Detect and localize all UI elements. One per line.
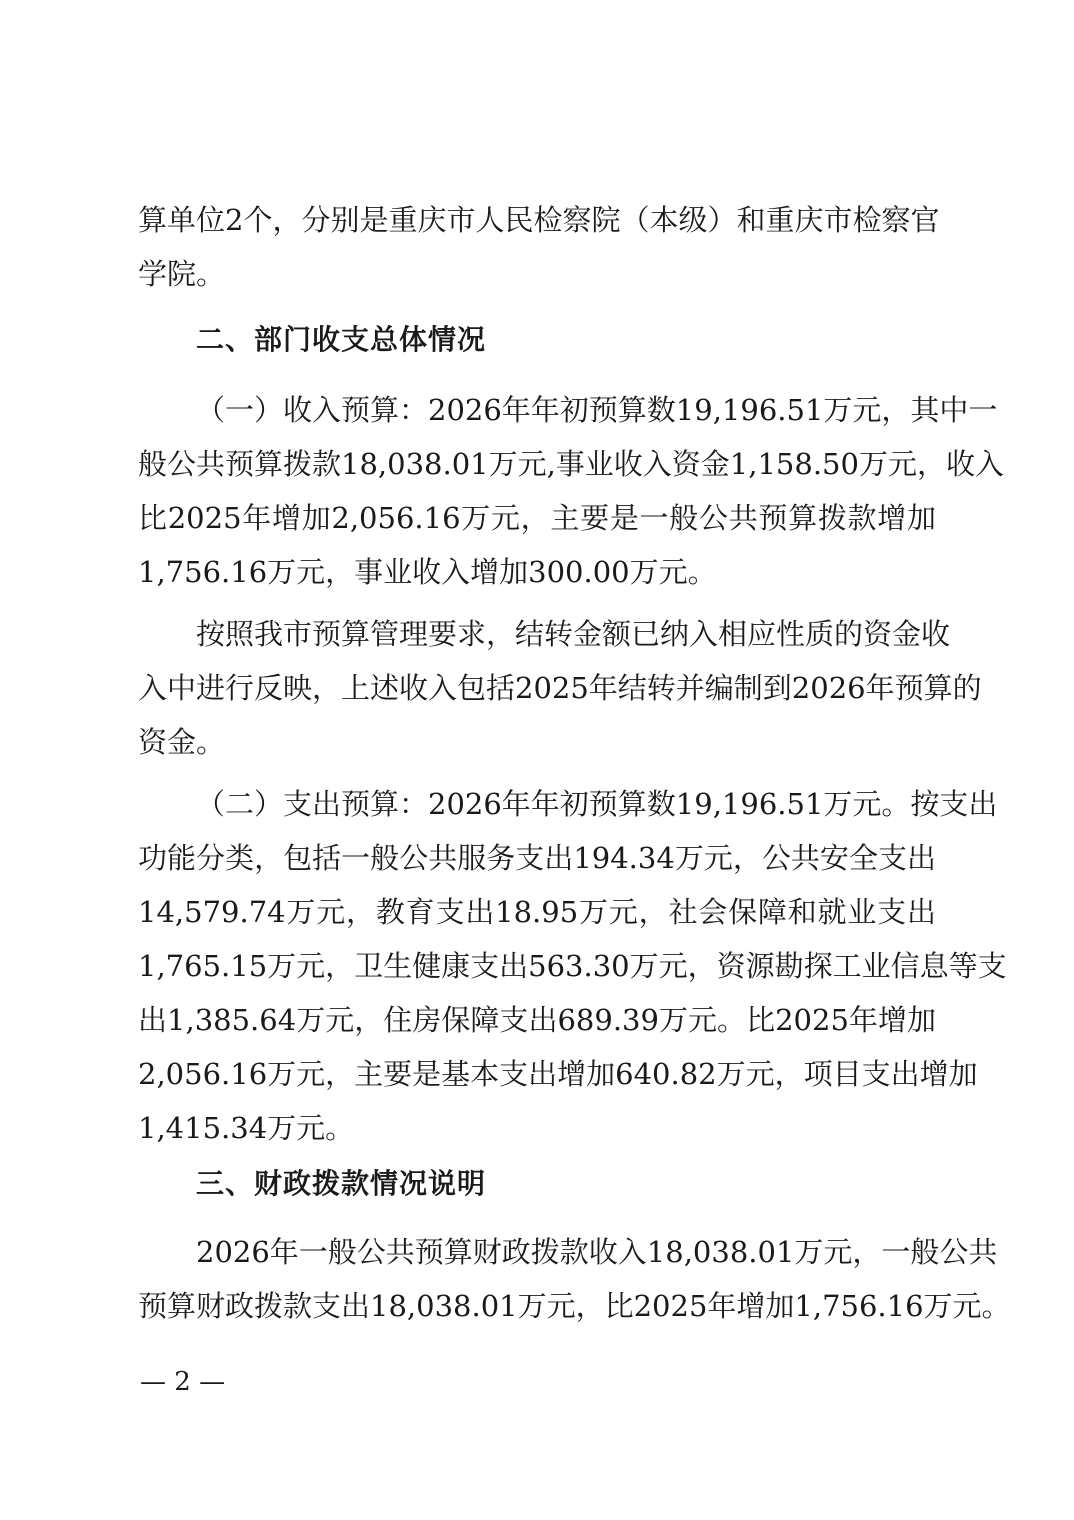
income-paragraph-line: 般公共预算拨款18,038.01万元,事业收入资金1,158.50万元，收入: [138, 444, 936, 484]
paragraph-line: 学院。: [138, 254, 936, 294]
income-paragraph-line: （一）收入预算：2026年年初预算数19,196.51万元，其中一: [196, 390, 936, 430]
income-paragraph-line: 1,756.16万元，事业收入增加300.00万元。: [138, 552, 936, 592]
carryover-paragraph-line: 入中进行反映，上述收入包括2025年结转并编制到2026年预算的: [138, 668, 936, 708]
paragraph-line: 算单位2个，分别是重庆市人民检察院（本级）和重庆市检察官: [138, 200, 936, 240]
expenditure-paragraph-line: 出1,385.64万元，住房保障支出689.39万元。比2025年增加: [138, 1000, 936, 1040]
fiscal-paragraph-line: 预算财政拨款支出18,038.01万元，比2025年增加1,756.16万元。: [138, 1286, 936, 1326]
expenditure-paragraph-line: 2,056.16万元，主要是基本支出增加640.82万元，项目支出增加: [138, 1054, 936, 1094]
expenditure-paragraph-line: 功能分类，包括一般公共服务支出194.34万元，公共安全支出: [138, 838, 936, 878]
section-heading-budget-overview: 二、部门收支总体情况: [196, 320, 486, 360]
expenditure-paragraph-line: 14,579.74万元，教育支出18.95万元，社会保障和就业支出: [138, 892, 936, 932]
fiscal-paragraph-line: 2026年一般公共预算财政拨款收入18,038.01万元，一般公共: [196, 1232, 936, 1272]
expenditure-paragraph-line: （二）支出预算：2026年年初预算数19,196.51万元。按支出: [196, 784, 936, 824]
section-heading-fiscal-allocation: 三、财政拨款情况说明: [196, 1164, 486, 1204]
expenditure-paragraph-line: 1,765.15万元，卫生健康支出563.30万元，资源勘探工业信息等支: [138, 946, 936, 986]
page-number: — 2 —: [140, 1364, 225, 1400]
carryover-paragraph-line: 资金。: [138, 722, 936, 762]
income-paragraph-line: 比2025年增加2,056.16万元，主要是一般公共预算拨款增加: [138, 498, 936, 538]
carryover-paragraph-line: 按照我市预算管理要求，结转金额已纳入相应性质的资金收: [196, 614, 936, 654]
expenditure-paragraph-line: 1,415.34万元。: [138, 1108, 936, 1148]
